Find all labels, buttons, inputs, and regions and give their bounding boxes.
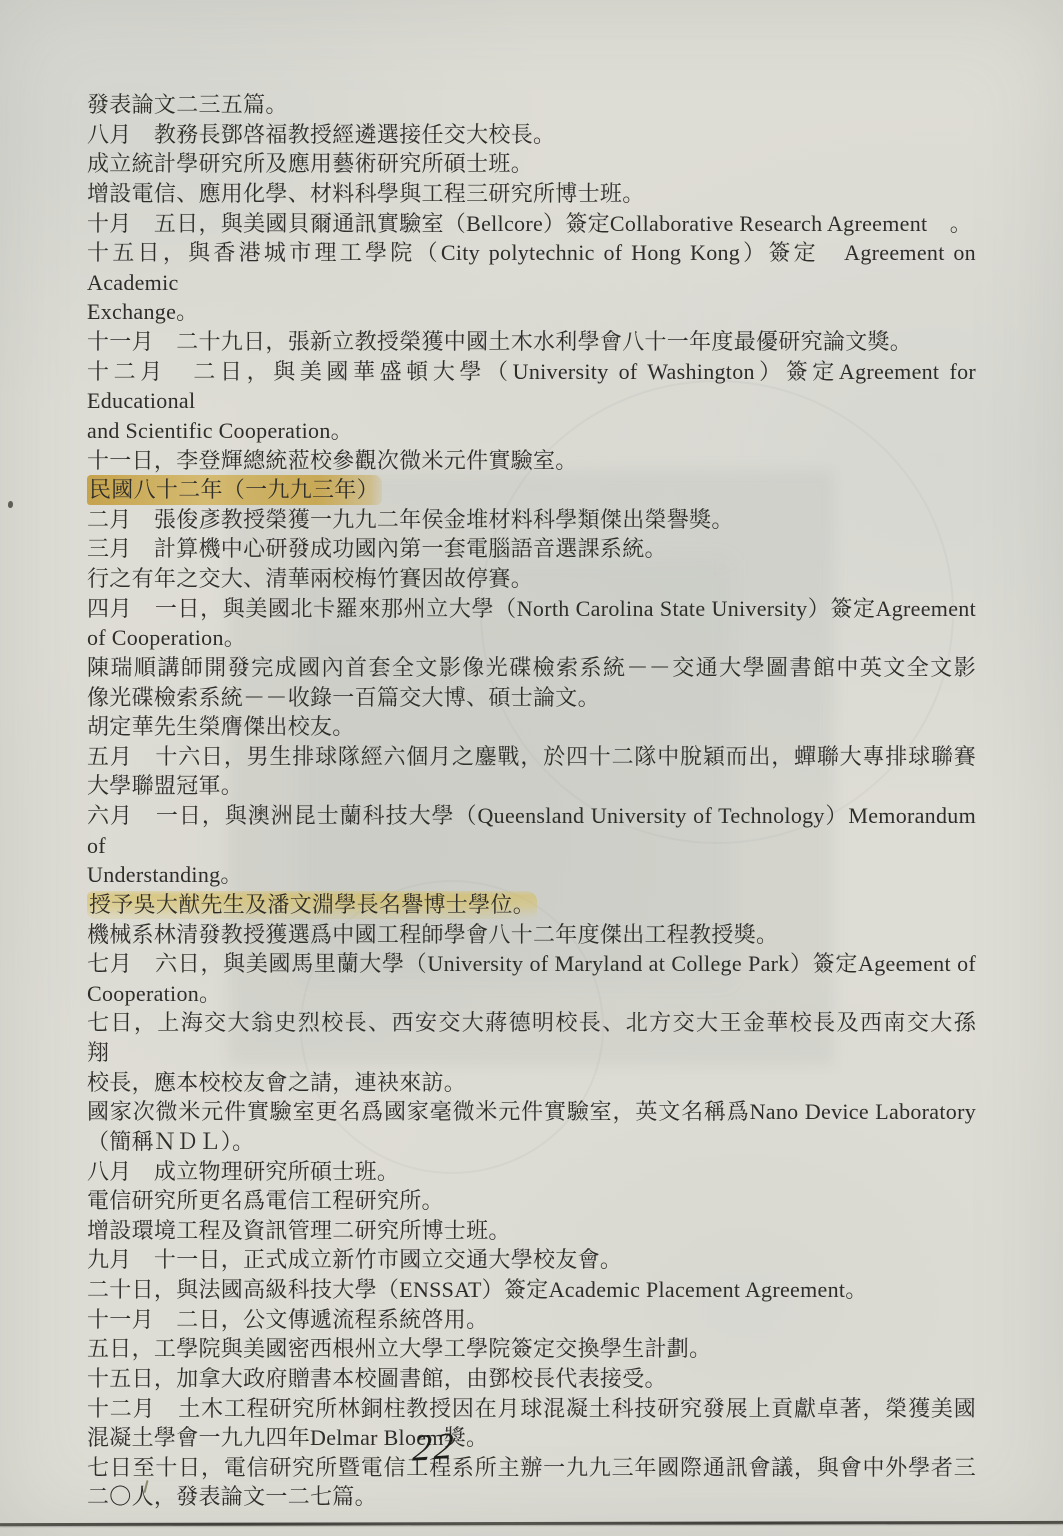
text-segment: and Scientific Cooperation。 bbox=[87, 418, 353, 443]
text-segment: 增設電信、應用化學、材料科學與工程三研究所博士班。 bbox=[87, 181, 645, 206]
text-line: 十二月 二日，與美國華盛頓大學（University of Washington… bbox=[87, 357, 976, 416]
text-line: 十一日，李登輝總統蒞校參觀次微米元件實驗室。 bbox=[87, 446, 976, 476]
text-segment: 十二月 土木工程研究所林銅柱教授因在月球混凝土科技研究發展上貢獻卓著，榮獲美國 bbox=[87, 1396, 976, 1421]
text-segment: 電信研究所更名爲電信工程研究所。 bbox=[87, 1188, 444, 1213]
text-segment: 發表論文二三五篇。 bbox=[87, 92, 288, 117]
text-line: 五日，工學院與美國密西根州立大學工學院簽定交換學生計劃。 bbox=[87, 1334, 976, 1364]
text-segment: 四月 一日，與美國北卡羅來那州立大學（North Carolina State … bbox=[87, 596, 976, 621]
text-segment: 八月 成立物理研究所碩士班。 bbox=[87, 1159, 399, 1184]
text-segment: 十一月 二日，公文傳遞流程系統啓用。 bbox=[87, 1307, 488, 1332]
text-segment: 九月 十一日，正式成立新竹市國立交通大學校友會。 bbox=[87, 1247, 622, 1272]
text-line: 四月 一日，與美國北卡羅來那州立大學（North Carolina State … bbox=[87, 594, 976, 624]
text-segment: 十一日，李登輝總統蒞校參觀次微米元件實驗室。 bbox=[87, 448, 578, 473]
text-line: 七日，上海交大翁史烈校長、西安交大蔣德明校長、北方交大王金華校長及西南交大孫 翔 bbox=[87, 1008, 976, 1067]
text-segment: 十月 五日，與美國貝爾通訊實驗室（Bellcore）簽定Collaborativ… bbox=[87, 211, 972, 236]
text-segment: Understanding。 bbox=[87, 862, 243, 887]
text-segment: 五日，工學院與美國密西根州立大學工學院簽定交換學生計劃。 bbox=[87, 1336, 711, 1361]
text-line: 九月 十一日，正式成立新竹市國立交通大學校友會。 bbox=[87, 1245, 976, 1275]
text-segment: 六月 一日，與澳洲昆士蘭科技大學（Queensland University o… bbox=[87, 803, 982, 858]
page-number: 22 bbox=[411, 1424, 458, 1470]
text-segment: 十一月 二十九日，張新立教授榮獲中國土木水利學會八十一年度最優研究論文獎。 bbox=[87, 329, 912, 354]
text-segment: 成立統計學研究所及應用藝術研究所碩士班。 bbox=[87, 151, 533, 176]
text-segment: Exchange。 bbox=[87, 299, 198, 324]
text-segment: 機械系林清發教授獲選爲中國工程師學會八十二年度傑出工程教授獎。 bbox=[87, 922, 778, 947]
text-line: 國家次微米元件實驗室更名爲國家毫微米元件實驗室，英文名稱爲Nano Device… bbox=[87, 1097, 976, 1127]
highlighted-text: 授予吳大猷先生及潘文淵學長名譽博士學位。 bbox=[87, 891, 537, 919]
text-line: 機械系林清發教授獲選爲中國工程師學會八十二年度傑出工程教授獎。 bbox=[87, 920, 976, 950]
text-segment: 國家次微米元件實驗室更名爲國家毫微米元件實驗室，英文名稱爲Nano Device… bbox=[87, 1099, 976, 1124]
ink-speck bbox=[8, 501, 13, 508]
text-segment: of Cooperation。 bbox=[87, 625, 246, 650]
text-line: 十五日，與香港城市理工學院（City polytechnic of Hong K… bbox=[87, 238, 976, 297]
text-segment: Cooperation。 bbox=[87, 981, 221, 1006]
text-segment: 行之有年之交大、清華兩校梅竹賽因故停賽。 bbox=[87, 566, 533, 591]
text-segment: 十五日，與香港城市理工學院（City polytechnic of Hong K… bbox=[87, 240, 981, 295]
text-segment: 七日至十日，電信研究所暨電信工程系所主辦一九九三年國際通訊會議，與會中外學者三 bbox=[87, 1455, 976, 1480]
text-segment: 十二月 二日，與美國華盛頓大學（University of Washington… bbox=[87, 359, 982, 414]
text-line: 成立統計學研究所及應用藝術研究所碩士班。 bbox=[87, 149, 976, 179]
text-line: 八月 教務長鄧啓福教授經遴選接任交大校長。 bbox=[87, 120, 976, 150]
text-line: 二〇人，發表論文一二七篇。 bbox=[87, 1482, 976, 1512]
text-line: 像光碟檢索系統－－收錄一百篇交大博、碩士論文。 bbox=[87, 683, 976, 713]
text-segment: 二月 張俊彥教授榮獲一九九二年侯金堆材料科學類傑出榮譽獎。 bbox=[87, 507, 734, 532]
text-line: 二十日，與法國高級科技大學（ENSSAT）簽定Academic Placemen… bbox=[87, 1275, 976, 1305]
text-line: 六月 一日，與澳洲昆士蘭科技大學（Queensland University o… bbox=[87, 801, 976, 860]
text-segment: 七月 六日，與美國馬里蘭大學（University of Maryland at… bbox=[87, 951, 976, 976]
text-line: 十月 五日，與美國貝爾通訊實驗室（Bellcore）簽定Collaborativ… bbox=[87, 209, 976, 239]
text-line: 十一月 二日，公文傳遞流程系統啓用。 bbox=[87, 1305, 976, 1335]
text-segment: 三月 計算機中心研發成功國內第一套電腦語音選課系統。 bbox=[87, 536, 667, 561]
text-segment: 陳瑞順講師開發完成國內首套全文影像光碟檢索系統－－交通大學圖書館中英文全文影 bbox=[87, 655, 976, 680]
text-line: 發表論文二三五篇。 bbox=[87, 90, 976, 120]
text-line: 行之有年之交大、清華兩校梅竹賽因故停賽。 bbox=[87, 564, 976, 594]
text-segment: （簡稱ＮＤＬ）。 bbox=[87, 1129, 254, 1154]
text-segment: 十五日，加拿大政府贈書本校圖書館，由鄧校長代表接受。 bbox=[87, 1366, 667, 1391]
year-heading-line: 民國八十二年（一九九三年） bbox=[87, 475, 976, 505]
text-segment: 二十日，與法國高級科技大學（ENSSAT）簽定Academic Placemen… bbox=[87, 1277, 868, 1302]
honorary-doctorate-line: 授予吳大猷先生及潘文淵學長名譽博士學位。 bbox=[87, 890, 976, 920]
text-line: 增設環境工程及資訊管理二研究所博士班。 bbox=[87, 1216, 976, 1246]
text-segment: 七日，上海交大翁史烈校長、西安交大蔣德明校長、北方交大王金華校長及西南交大孫 翔 bbox=[87, 1010, 998, 1065]
text-segment: 校長，應本校校友會之請，連袂來訪。 bbox=[87, 1070, 466, 1095]
text-line: 胡定華先生榮膺傑出校友。 bbox=[87, 712, 976, 742]
text-segment: 大學聯盟冠軍。 bbox=[87, 773, 243, 798]
text-segment: 二〇人，發表論文一二七篇。 bbox=[87, 1484, 377, 1509]
text-segment: 增設環境工程及資訊管理二研究所博士班。 bbox=[87, 1218, 511, 1243]
text-segment: 八月 教務長鄧啓福教授經遴選接任交大校長。 bbox=[87, 122, 555, 147]
text-line: 二月 張俊彥教授榮獲一九九二年侯金堆材料科學類傑出榮譽獎。 bbox=[87, 505, 976, 535]
text-line: 八月 成立物理研究所碩士班。 bbox=[87, 1157, 976, 1187]
text-line: 七月 六日，與美國馬里蘭大學（University of Maryland at… bbox=[87, 949, 976, 979]
scanned-document-page: 發表論文二三五篇。八月 教務長鄧啓福教授經遴選接任交大校長。成立統計學研究所及應… bbox=[0, 0, 1063, 1536]
text-line: 十一月 二十九日，張新立教授榮獲中國土木水利學會八十一年度最優研究論文獎。 bbox=[87, 327, 976, 357]
text-line: 五月 十六日，男生排球隊經六個月之鏖戰，於四十二隊中脫穎而出，蟬聯大專排球聯賽 bbox=[87, 742, 976, 772]
text-line: 大學聯盟冠軍。 bbox=[87, 771, 976, 801]
text-line: 三月 計算機中心研發成功國內第一套電腦語音選課系統。 bbox=[87, 534, 976, 564]
text-line: （簡稱ＮＤＬ）。 bbox=[87, 1127, 976, 1157]
text-segment: 像光碟檢索系統－－收錄一百篇交大博、碩士論文。 bbox=[87, 685, 600, 710]
text-line: 增設電信、應用化學、材料科學與工程三研究所博士班。 bbox=[87, 179, 976, 209]
text-line: 混凝土學會一九九四年Delmar Bloem獎。 bbox=[87, 1423, 976, 1453]
text-line: Exchange。 bbox=[87, 297, 976, 327]
text-line: and Scientific Cooperation。 bbox=[87, 416, 976, 446]
scan-edge-line bbox=[0, 1521, 1063, 1526]
text-line: 陳瑞順講師開發完成國內首套全文影像光碟檢索系統－－交通大學圖書館中英文全文影 bbox=[87, 653, 976, 683]
text-line: Cooperation。 bbox=[87, 979, 976, 1009]
text-line: 十五日，加拿大政府贈書本校圖書館，由鄧校長代表接受。 bbox=[87, 1364, 976, 1394]
text-line: Understanding。 bbox=[87, 860, 976, 890]
text-line: 七日至十日，電信研究所暨電信工程系所主辦一九九三年國際通訊會議，與會中外學者三 bbox=[87, 1453, 976, 1483]
text-segment: 胡定華先生榮膺傑出校友。 bbox=[87, 714, 355, 739]
highlighted-text: 民國八十二年（一九九三年） bbox=[87, 475, 382, 505]
text-line: 校長，應本校校友會之請，連袂來訪。 bbox=[87, 1068, 976, 1098]
text-line: of Cooperation。 bbox=[87, 623, 976, 653]
text-segment: 五月 十六日，男生排球隊經六個月之鏖戰，於四十二隊中脫穎而出，蟬聯大專排球聯賽 bbox=[87, 744, 976, 769]
text-line: 十二月 土木工程研究所林銅柱教授因在月球混凝土科技研究發展上貢獻卓著，榮獲美國 bbox=[87, 1394, 976, 1424]
chronicle-text: 發表論文二三五篇。八月 教務長鄧啓福教授經遴選接任交大校長。成立統計學研究所及應… bbox=[87, 90, 976, 1512]
text-line: 電信研究所更名爲電信工程研究所。 bbox=[87, 1186, 976, 1216]
